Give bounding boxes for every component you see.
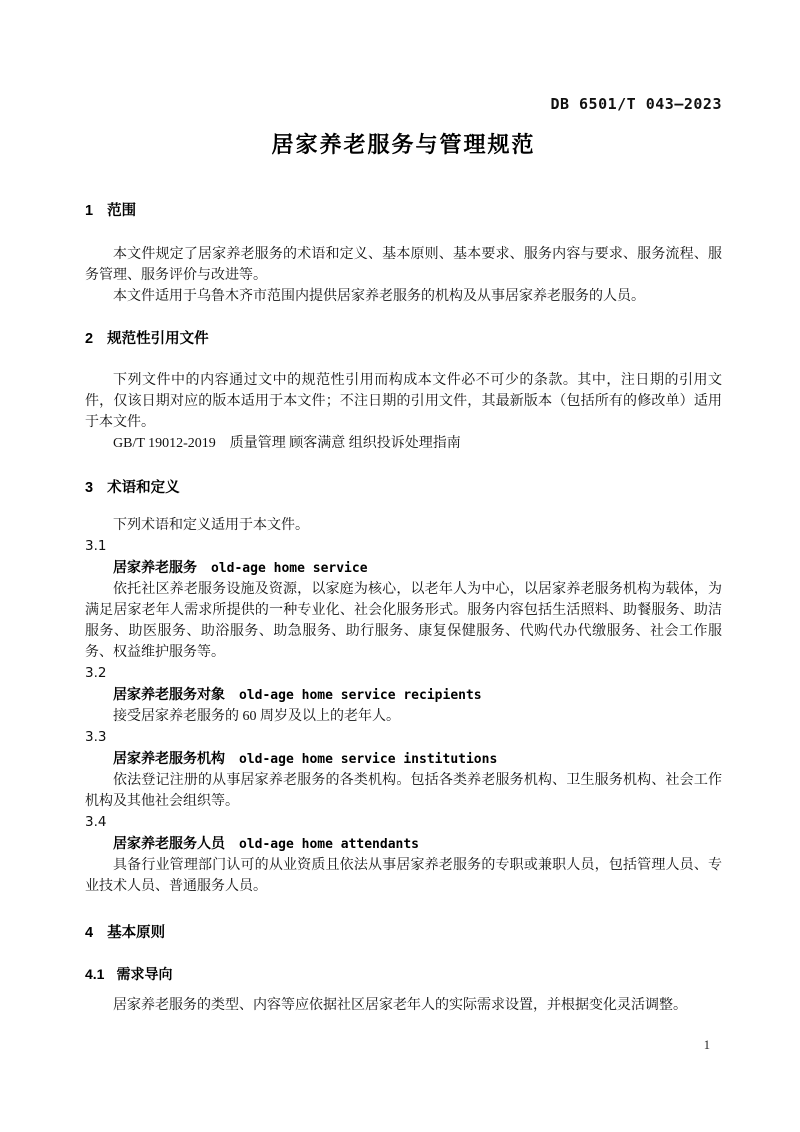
section-title: 规范性引用文件 [107, 331, 209, 347]
paragraph: 居家养老服务的类型、内容等应依据社区居家老年人的实际需求设置，并根据变化灵活调整… [85, 995, 722, 1016]
term-block: 3.2 居家养老服务对象old-age home service recipie… [85, 663, 722, 727]
page-number: 1 [704, 1035, 710, 1056]
reference-entry: GB/T 19012-2019 质量管理 顾客满意 组织投诉处理指南 [85, 433, 722, 454]
term-block: 3.1 居家养老服务old-age home service 依托社区养老服务设… [85, 536, 722, 663]
term-definition: 依托社区养老服务设施及资源，以家庭为核心，以老年人为中心，以居家养老服务机构为载… [85, 579, 722, 663]
paragraph: 下列文件中的内容通过文中的规范性引用而构成本文件必不可少的条款。其中，注日期的引… [85, 370, 722, 433]
term-english: old-age home service institutions [239, 752, 497, 767]
paragraph: 本文件规定了居家养老服务的术语和定义、基本原则、基本要求、服务内容与要求、服务流… [85, 244, 722, 286]
term-heading: 居家养老服务人员old-age home attendants [85, 833, 722, 855]
section-title: 术语和定义 [107, 480, 180, 496]
subsection-title: 需求导向 [116, 966, 172, 982]
section-number: 4 [85, 925, 93, 941]
term-block: 3.3 居家养老服务机构old-age home service institu… [85, 727, 722, 812]
term-heading: 居家养老服务对象old-age home service recipients [85, 684, 722, 706]
term-english: old-age home attendants [239, 837, 419, 852]
section-heading-4: 4基本原则 [85, 923, 722, 944]
term-english: old-age home service recipients [239, 688, 482, 703]
section-heading-1: 1范围 [85, 201, 722, 222]
subsection-number: 4.1 [85, 966, 104, 982]
term-number: 3.1 [85, 536, 722, 557]
section-title: 基本原则 [107, 925, 165, 941]
document-title: 居家养老服务与管理规范 [85, 130, 722, 160]
term-block: 3.4 居家养老服务人员old-age home attendants 具备行业… [85, 812, 722, 897]
term-name: 居家养老服务人员 [113, 835, 225, 851]
term-number: 3.3 [85, 727, 722, 748]
section-heading-2: 2规范性引用文件 [85, 329, 722, 350]
section-number: 1 [85, 203, 93, 219]
section-number: 2 [85, 331, 93, 347]
term-name: 居家养老服务 [113, 559, 197, 575]
paragraph: 本文件适用于乌鲁木齐市范围内提供居家养老服务的机构及从事居家养老服务的人员。 [85, 286, 722, 307]
term-number: 3.2 [85, 663, 722, 684]
term-definition: 依法登记注册的从事居家养老服务的各类机构。包括各类养老服务机构、卫生服务机构、社… [85, 770, 722, 812]
term-definition: 具备行业管理部门认可的从业资质且依法从事居家养老服务的专职或兼职人员，包括管理人… [85, 855, 722, 897]
term-name: 居家养老服务对象 [113, 686, 225, 702]
term-definition: 接受居家养老服务的 60 周岁及以上的老年人。 [85, 706, 722, 727]
term-heading: 居家养老服务机构old-age home service institution… [85, 748, 722, 770]
term-number: 3.4 [85, 812, 722, 833]
term-name: 居家养老服务机构 [113, 750, 225, 766]
doc-number: DB 6501/T 043—2023 [85, 96, 722, 112]
section-title: 范围 [107, 203, 136, 219]
paragraph: 下列术语和定义适用于本文件。 [85, 515, 722, 536]
section-number: 3 [85, 480, 93, 496]
term-english: old-age home service [211, 561, 368, 576]
subsection-heading-4-1: 4.1需求导向 [85, 964, 722, 985]
document-page: DB 6501/T 043—2023 居家养老服务与管理规范 1范围 本文件规定… [0, 0, 800, 1132]
term-heading: 居家养老服务old-age home service [85, 557, 722, 579]
section-heading-3: 3术语和定义 [85, 478, 722, 499]
